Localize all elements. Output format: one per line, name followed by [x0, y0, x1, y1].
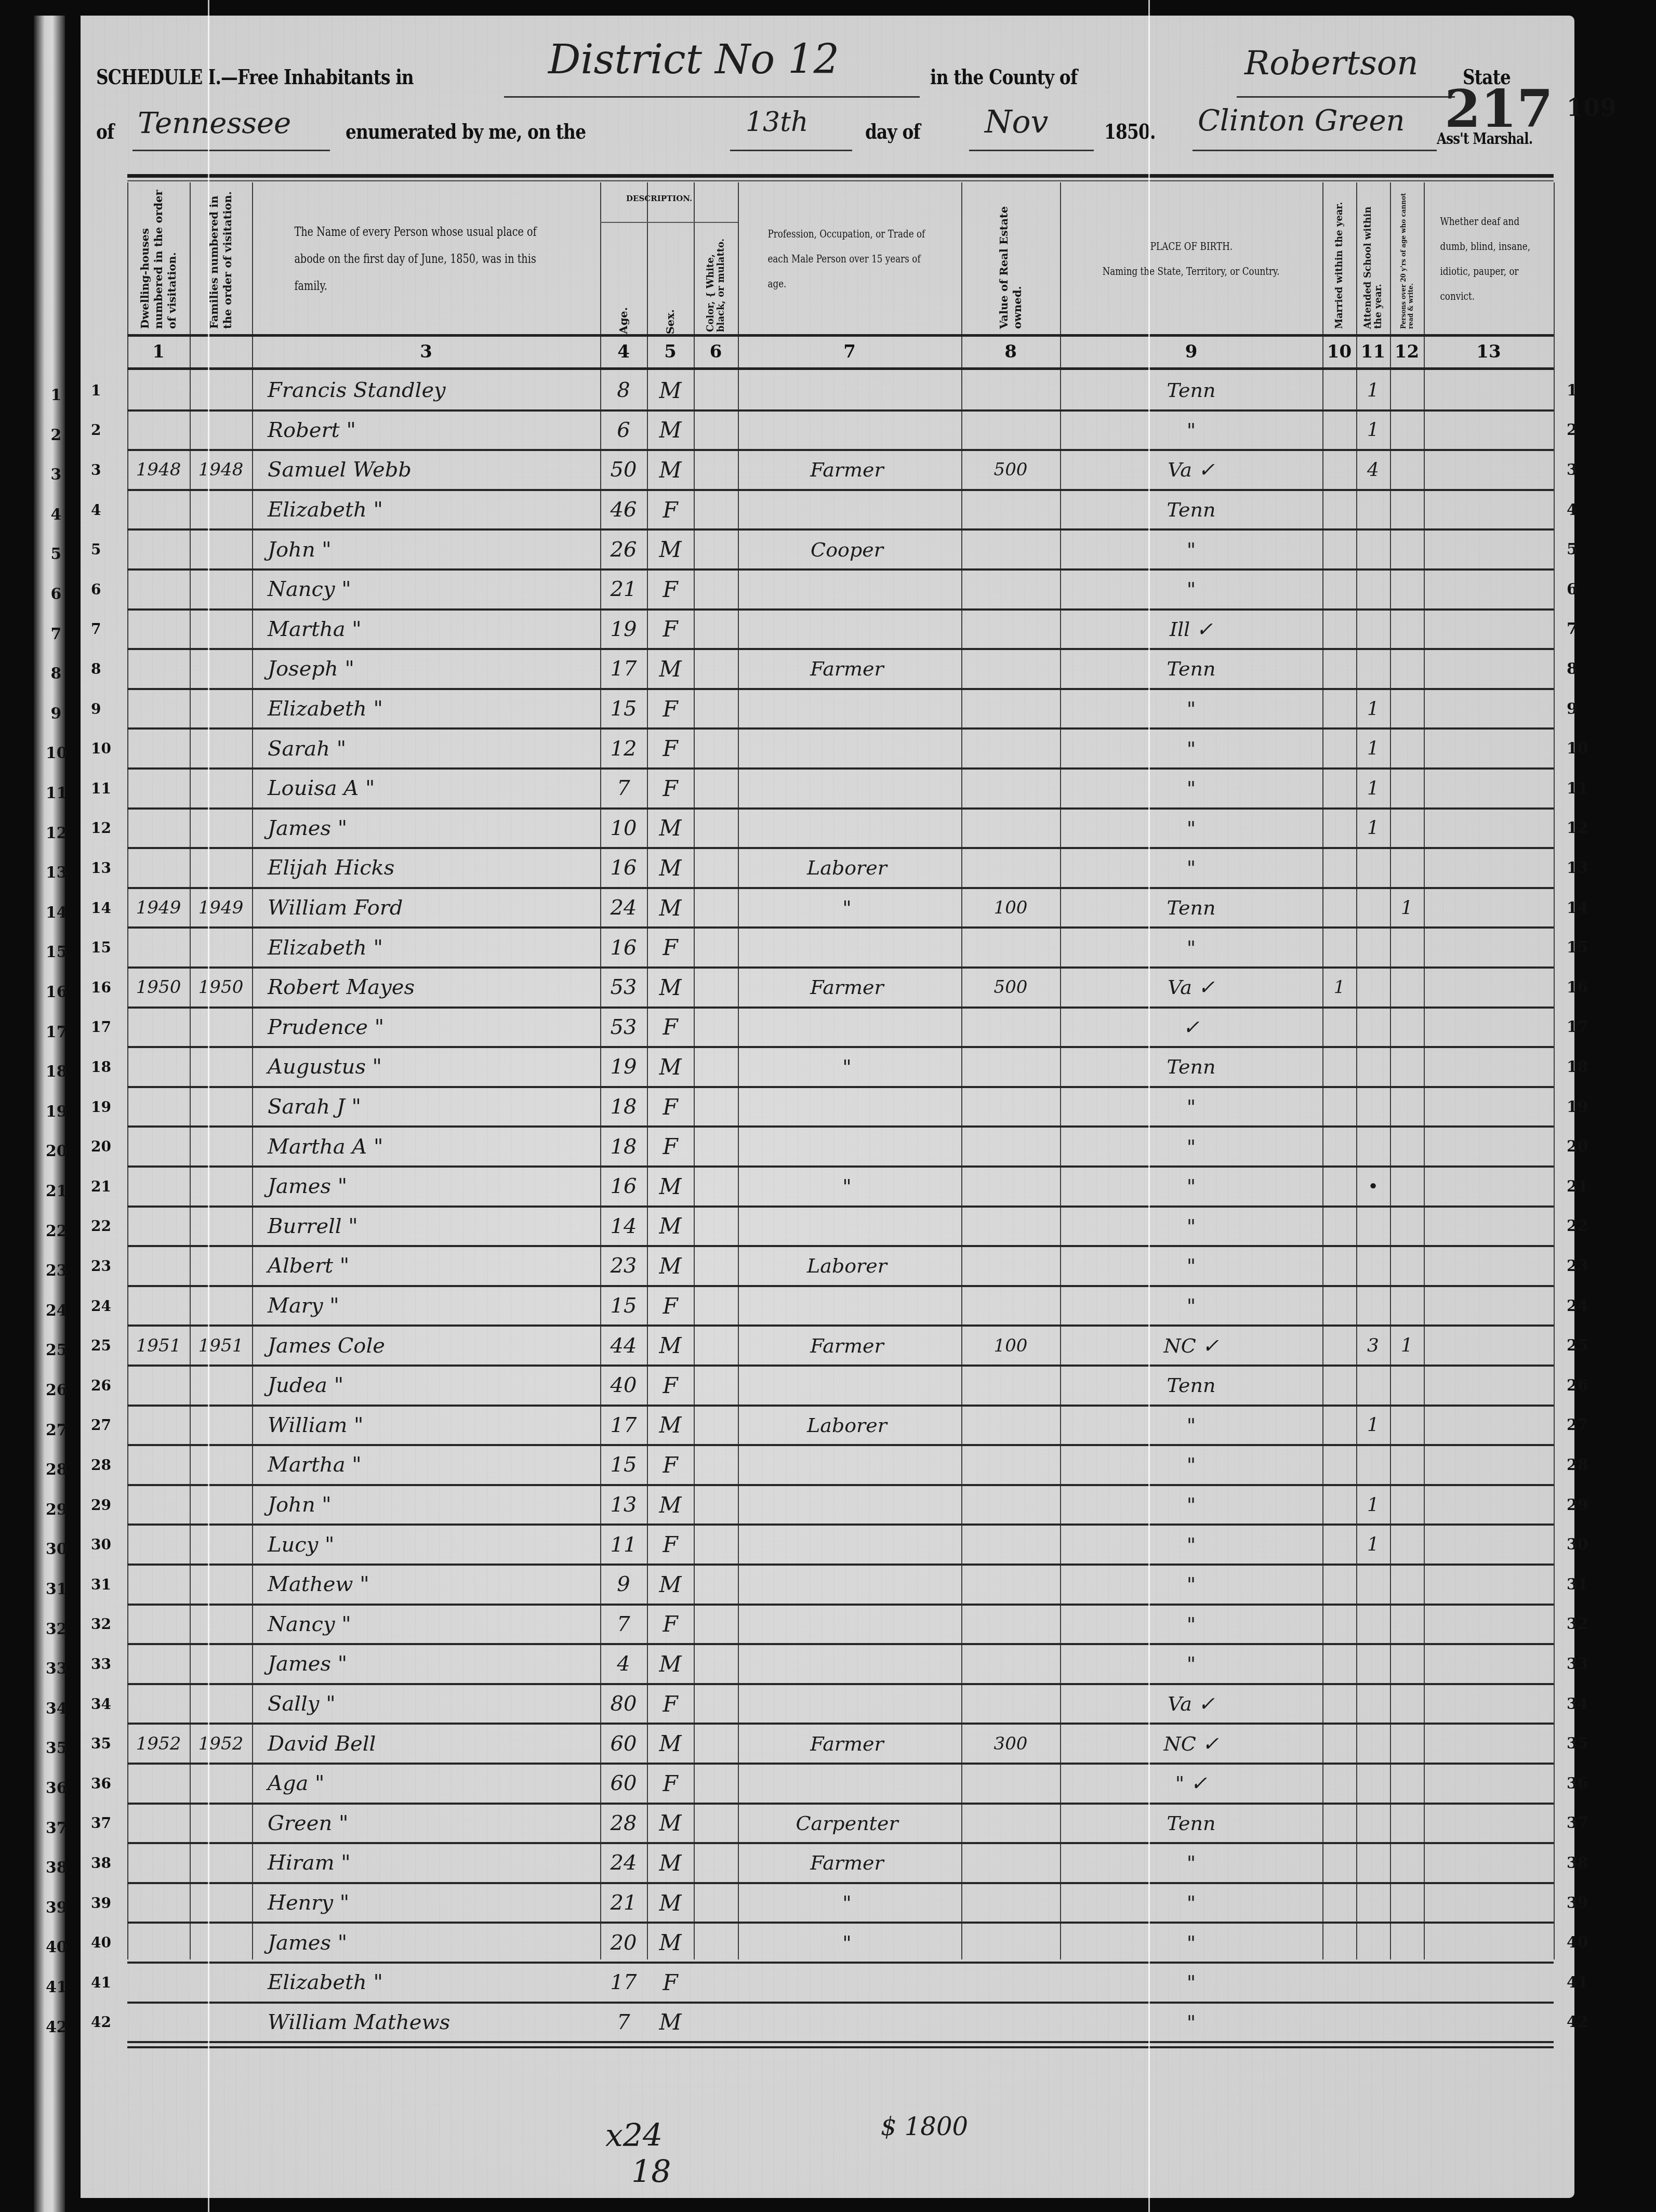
person-name-cell: Sarah J " [257, 1088, 611, 1126]
attended-school-cell [1356, 1924, 1390, 1962]
attended-school-cell: 1 [1356, 770, 1390, 807]
table-row: Martha A "18F"2020 [127, 1128, 1554, 1168]
married-within-year-cell [1322, 770, 1356, 807]
dwelling-number-cell [127, 690, 190, 728]
deaf-blind-status-cell [1424, 889, 1554, 927]
color-cell [694, 451, 738, 489]
col-number-7: 7 [738, 341, 961, 362]
deaf-blind-status-cell [1424, 1685, 1554, 1723]
table-row: John "26MCooper"55 [127, 531, 1554, 571]
color-cell [694, 611, 738, 648]
row-number-right: 39 [1567, 1884, 1588, 1922]
dwelling-number-cell [127, 412, 190, 449]
cannot-read-write-cell [1390, 451, 1424, 489]
person-name-cell: Elizabeth " [257, 690, 611, 728]
family-number-cell [190, 650, 252, 688]
married-within-year-cell [1322, 889, 1356, 927]
birthplace-cell: " [1060, 1645, 1322, 1683]
real-estate-value-cell [961, 1685, 1060, 1723]
real-estate-value-cell [961, 730, 1060, 767]
family-number-cell [190, 1765, 252, 1803]
age-cell: 9 [600, 1566, 647, 1604]
row-number-left: 19 [91, 1088, 111, 1126]
family-number-cell: 1951 [190, 1327, 252, 1365]
row-number-left: 22 [91, 1208, 111, 1246]
real-estate-value-cell: 100 [961, 1327, 1060, 1365]
row-number-left: 29 [91, 1486, 111, 1524]
attended-school-cell: 3 [1356, 1327, 1390, 1365]
dwelling-number-cell [127, 770, 190, 807]
deaf-blind-status-cell [1424, 650, 1554, 688]
person-name-cell: Martha " [257, 1446, 611, 1484]
cannot-read-write-cell [1390, 1367, 1424, 1405]
color-cell [694, 1526, 738, 1564]
dwelling-number-cell [127, 611, 190, 648]
table-row: Albert "23MLaborer"2323 [127, 1247, 1554, 1287]
dwelling-number-cell [127, 1048, 190, 1086]
family-number-cell [190, 1606, 252, 1644]
row-number-right: 29 [1567, 1486, 1588, 1524]
margin-row-number: 11 [46, 784, 67, 802]
day-of-label-wrap: day of [865, 120, 932, 144]
table-row: 19521952David Bell60MFarmer300NC ✓3535 [127, 1725, 1554, 1765]
year-label-wrap: 1850. [1104, 120, 1167, 144]
dwelling-number-cell [127, 1407, 190, 1445]
color-cell [694, 1287, 738, 1325]
sex-cell: M [647, 1486, 694, 1524]
row-number-left: 31 [91, 1566, 111, 1604]
row-number-right: 41 [1567, 1964, 1588, 2002]
sex-cell: M [647, 1844, 694, 1882]
dwelling-number-cell [127, 1884, 190, 1922]
margin-row-number: 30 [46, 1540, 67, 1558]
age-cell: 12 [600, 730, 647, 767]
age-cell: 20 [600, 1924, 647, 1962]
dwelling-number-cell [127, 1247, 190, 1285]
row-number-right: 20 [1567, 1128, 1588, 1165]
sex-cell: F [647, 770, 694, 807]
table-row: Mary "15F"2424 [127, 1287, 1554, 1327]
row-number-right: 38 [1567, 1844, 1588, 1882]
attended-school-cell: 1 [1356, 1486, 1390, 1524]
birthplace-cell: Tenn [1060, 1805, 1322, 1843]
sex-cell: M [647, 531, 694, 568]
cannot-read-write-cell [1390, 1287, 1424, 1325]
cannot-read-write-cell: 1 [1390, 1327, 1424, 1365]
person-name-cell: Albert " [257, 1247, 611, 1285]
margin-row-number: 5 [46, 545, 67, 563]
table-row: Judea "40FTenn2626 [127, 1367, 1554, 1407]
family-number-cell [190, 1844, 252, 1882]
age-cell: 15 [600, 690, 647, 728]
day-blank [730, 150, 852, 151]
dwelling-number-cell [127, 1208, 190, 1246]
occupation-cell: Farmer [738, 1327, 956, 1365]
dwelling-number-cell [127, 1168, 190, 1206]
occupation-cell: Carpenter [738, 1805, 956, 1843]
real-estate-value-cell [961, 1884, 1060, 1922]
family-number-cell [190, 1446, 252, 1484]
sex-cell: M [647, 1924, 694, 1962]
age-cell: 17 [600, 1964, 647, 2002]
birthplace-cell: " [1060, 1128, 1322, 1165]
attended-school-cell [1356, 1367, 1390, 1405]
married-within-year-cell [1322, 849, 1356, 887]
real-estate-value-cell [961, 1128, 1060, 1165]
of-label-wrap: of [96, 120, 118, 144]
age-cell: 28 [600, 1805, 647, 1843]
family-number-cell [190, 571, 252, 608]
occupation-cell: Farmer [738, 969, 956, 1006]
age-cell: 24 [600, 889, 647, 927]
row-number-right: 15 [1567, 929, 1588, 966]
occupation-cell [738, 372, 956, 409]
cannot-read-write-cell [1390, 1128, 1424, 1165]
birthplace-title: PLACE OF BIRTH. [1143, 234, 1240, 259]
margin-row-number: 32 [46, 1620, 67, 1638]
attended-school-cell: • [1356, 1168, 1390, 1206]
cannot-read-write-cell [1390, 2004, 1424, 2042]
margin-row-number: 6 [46, 585, 67, 603]
row-number-left: 2 [91, 412, 101, 449]
table-row: Louisa A "7F"11111 [127, 770, 1554, 810]
cannot-read-write-cell: 1 [1390, 889, 1424, 927]
table-row: Elizabeth "17F"4141 [127, 1964, 1554, 2004]
deaf-blind-status-cell [1424, 1924, 1554, 1962]
occupation-cell: " [738, 1924, 956, 1962]
married-within-year-cell [1322, 1048, 1356, 1086]
sex-cell: M [647, 412, 694, 449]
color-cell [694, 810, 738, 847]
dwelling-number-cell [127, 1446, 190, 1484]
birthplace-cell: " [1060, 1526, 1322, 1564]
margin-row-number: 34 [46, 1700, 67, 1718]
deaf-blind-status-cell [1424, 1247, 1554, 1285]
dwelling-number-cell [127, 1367, 190, 1405]
handwritten-page-number: 217 [1445, 78, 1553, 139]
deaf-blind-status-cell [1424, 491, 1554, 529]
col-number-5: 5 [647, 341, 694, 362]
color-cell [694, 929, 738, 966]
person-name-cell: Martha " [257, 611, 611, 648]
married-within-year-cell [1322, 1606, 1356, 1644]
row-number-right: 24 [1567, 1287, 1588, 1325]
margin-row-number: 25 [46, 1341, 67, 1359]
header-married: Married within the year. [1322, 183, 1356, 334]
cannot-read-write-cell [1390, 1446, 1424, 1484]
age-cell: 26 [600, 531, 647, 568]
header-family: Families numbered in the order of visita… [190, 183, 252, 334]
family-number-cell [190, 1645, 252, 1683]
header-number-rule [127, 334, 1554, 337]
birthplace-cell: Tenn [1060, 1367, 1322, 1405]
row-number-left: 33 [91, 1645, 111, 1683]
person-name-cell: John " [257, 1486, 611, 1524]
person-name-cell: James " [257, 1645, 611, 1683]
margin-row-number: 12 [46, 824, 67, 842]
person-name-cell: William " [257, 1407, 611, 1445]
occupation-cell: Laborer [738, 1407, 956, 1445]
sex-cell: F [647, 1009, 694, 1047]
married-within-year-cell [1322, 1088, 1356, 1126]
dwelling-number-cell [127, 1009, 190, 1047]
dwelling-number-cell [127, 491, 190, 529]
margin-row-number: 3 [46, 466, 67, 484]
family-number-cell [190, 1486, 252, 1524]
attended-school-cell [1356, 1088, 1390, 1126]
married-within-year-cell [1322, 1009, 1356, 1047]
row-number-right: 18 [1567, 1048, 1588, 1086]
row-number-right: 33 [1567, 1645, 1588, 1683]
person-name-cell: Elijah Hicks [257, 849, 611, 887]
state-blank [133, 150, 330, 151]
sex-cell: F [647, 1088, 694, 1126]
row-number-left: 30 [91, 1526, 111, 1564]
header-cannot-read: Persons over 20 y'rs of age who cannot r… [1390, 183, 1424, 334]
attended-school-cell [1356, 1645, 1390, 1683]
row-number-right: 8 [1567, 650, 1578, 688]
age-cell: 21 [600, 571, 647, 608]
married-within-year-cell [1322, 372, 1356, 409]
deaf-blind-status-cell [1424, 451, 1554, 489]
cannot-read-write-cell [1390, 1407, 1424, 1445]
table-row: Aga "60F" ✓3636 [127, 1765, 1554, 1805]
age-cell: 17 [600, 1407, 647, 1445]
person-name-cell: James " [257, 810, 611, 847]
person-name-cell: Hiram " [257, 1844, 611, 1882]
cannot-read-write-cell [1390, 969, 1424, 1006]
real-estate-value-cell [961, 1924, 1060, 1962]
dwelling-number-cell [127, 1924, 190, 1962]
row-number-right: 2 [1567, 412, 1578, 449]
occupation-cell: Farmer [738, 1844, 956, 1882]
family-number-cell [190, 1208, 252, 1246]
cannot-read-write-cell [1390, 1208, 1424, 1246]
enumerated-label-wrap: enumerated by me, on the [346, 120, 639, 144]
attended-school-cell: 1 [1356, 690, 1390, 728]
family-number-cell [190, 1805, 252, 1843]
table-row: Elizabeth "15F"199 [127, 690, 1554, 730]
margin-row-number: 31 [46, 1580, 67, 1598]
header-birthplace: PLACE OF BIRTH. Naming the State, Territ… [1060, 183, 1322, 334]
occupation-cell [738, 1526, 956, 1564]
cannot-read-write-cell [1390, 1805, 1424, 1843]
married-within-year-cell [1322, 2004, 1356, 2042]
dwelling-number-cell: 1950 [127, 969, 190, 1006]
dwelling-number-cell [127, 1287, 190, 1325]
sex-cell: M [647, 451, 694, 489]
sex-cell: M [647, 1048, 694, 1086]
dwelling-number-cell [127, 1645, 190, 1683]
margin-row-number: 29 [46, 1501, 67, 1519]
day-of-label: day of [865, 120, 920, 144]
printed-page-number: 109 [1567, 94, 1617, 122]
color-cell [694, 969, 738, 1006]
table-row: Nancy "7F"3232 [127, 1606, 1554, 1646]
person-name-cell: William Mathews [257, 2004, 611, 2042]
color-cell [694, 1645, 738, 1683]
row-number-right: 32 [1567, 1606, 1588, 1644]
margin-row-number: 42 [46, 2018, 67, 2036]
birthplace-cell: " [1060, 1088, 1322, 1126]
birthplace-cell: Va ✓ [1060, 969, 1322, 1006]
col-number-6: 6 [694, 341, 738, 362]
margin-row-number: 4 [46, 506, 67, 524]
header-dwelling: Dwelling-houses numbered in the order of… [127, 183, 190, 334]
person-name-cell: James " [257, 1168, 611, 1206]
person-name-cell: Louisa A " [257, 770, 611, 807]
age-cell: 15 [600, 1446, 647, 1484]
dwelling-number-cell [127, 1566, 190, 1604]
married-within-year-cell [1322, 1964, 1356, 2002]
person-name-cell: Mary " [257, 1287, 611, 1325]
attended-school-cell [1356, 1725, 1390, 1763]
row-number-right: 1 [1567, 372, 1578, 409]
row-number-left: 23 [91, 1247, 111, 1285]
dwelling-number-cell [127, 1486, 190, 1524]
row-number-right: 13 [1567, 849, 1588, 887]
dwelling-number-cell [127, 929, 190, 966]
deaf-blind-status-cell [1424, 1446, 1554, 1484]
cannot-read-write-cell [1390, 1645, 1424, 1683]
family-number-cell [190, 611, 252, 648]
family-number-cell: 1950 [190, 969, 252, 1006]
occupation-cell: " [738, 1048, 956, 1086]
color-cell [694, 1725, 738, 1763]
district-value: District No 12 [548, 36, 839, 83]
age-cell: 10 [600, 810, 647, 847]
real-estate-value-cell [961, 1048, 1060, 1086]
occupation-cell [738, 1128, 956, 1165]
deaf-blind-status-cell [1424, 1287, 1554, 1325]
row-number-left: 21 [91, 1168, 111, 1206]
person-name-cell: David Bell [257, 1725, 611, 1763]
age-cell: 60 [600, 1725, 647, 1763]
occupation-cell [738, 1606, 956, 1644]
occupation-cell [738, 1486, 956, 1524]
married-within-year-cell [1322, 650, 1356, 688]
row-number-right: 26 [1567, 1367, 1588, 1405]
cannot-read-write-cell [1390, 1606, 1424, 1644]
birthplace-cell: " [1060, 1446, 1322, 1484]
occupation-cell [738, 1446, 956, 1484]
attended-school-cell: 1 [1356, 810, 1390, 847]
real-estate-value-cell [961, 1168, 1060, 1206]
deaf-blind-status-cell [1424, 1566, 1554, 1604]
row-number-right: 21 [1567, 1168, 1588, 1206]
birthplace-subtitle: Naming the State, Territory, or Country. [1095, 259, 1288, 284]
cannot-read-write-cell [1390, 1247, 1424, 1285]
margin-row-number: 10 [46, 744, 67, 762]
person-name-cell: Green " [257, 1805, 611, 1843]
age-cell: 16 [600, 849, 647, 887]
age-cell: 16 [600, 929, 647, 966]
birthplace-cell: Ill ✓ [1060, 611, 1322, 648]
attended-school-cell [1356, 1446, 1390, 1484]
row-number-right: 11 [1567, 770, 1588, 807]
real-estate-value-cell [961, 929, 1060, 966]
age-cell: 19 [600, 1048, 647, 1086]
table-row: Augustus "19M"Tenn1818 [127, 1048, 1554, 1088]
family-number-cell [190, 531, 252, 568]
real-estate-value-cell [961, 1765, 1060, 1803]
real-estate-value-cell [961, 1287, 1060, 1325]
occupation-cell [738, 929, 956, 966]
row-number-right: 22 [1567, 1208, 1588, 1246]
year-label: 1850. [1104, 120, 1156, 144]
dwelling-number-cell [127, 1964, 190, 2002]
birthplace-cell: ✓ [1060, 1009, 1322, 1047]
attended-school-cell: 1 [1356, 1526, 1390, 1564]
dwelling-number-cell: 1952 [127, 1725, 190, 1763]
margin-row-number: 40 [46, 1938, 67, 1956]
age-cell: 46 [600, 491, 647, 529]
margin-row-number: 9 [46, 705, 67, 723]
attended-school-cell [1356, 650, 1390, 688]
margin-row-number: 7 [46, 625, 67, 643]
col-number-4: 4 [600, 341, 647, 362]
sex-cell: M [647, 1247, 694, 1285]
deaf-blind-status-cell [1424, 1645, 1554, 1683]
sex-cell: M [647, 1805, 694, 1843]
real-estate-value-cell: 300 [961, 1725, 1060, 1763]
occupation-cell [738, 1088, 956, 1126]
row-number-right: 6 [1567, 571, 1578, 608]
color-cell [694, 1009, 738, 1047]
deaf-blind-status-cell [1424, 1486, 1554, 1524]
sex-cell: F [647, 690, 694, 728]
birthplace-cell: " [1060, 1287, 1322, 1325]
family-number-cell [190, 372, 252, 409]
dwelling-number-cell [127, 1685, 190, 1723]
description-rule [600, 222, 738, 223]
married-within-year-cell [1322, 1884, 1356, 1922]
real-estate-value-cell [961, 1446, 1060, 1484]
sex-cell: M [647, 969, 694, 1006]
person-name-cell: William Ford [257, 889, 611, 927]
table-row: Martha "15F"2828 [127, 1446, 1554, 1486]
person-name-cell: Sarah " [257, 730, 611, 767]
real-estate-value-cell [961, 531, 1060, 568]
attended-school-cell [1356, 849, 1390, 887]
header-age: Age. [600, 226, 647, 334]
color-cell [694, 889, 738, 927]
attended-school-cell [1356, 1844, 1390, 1882]
real-estate-value-cell [961, 1526, 1060, 1564]
deaf-blind-status-cell [1424, 1088, 1554, 1126]
married-within-year-cell [1322, 929, 1356, 966]
real-estate-value-cell: 100 [961, 889, 1060, 927]
sex-cell: F [647, 1526, 694, 1564]
header-sex: Sex. [647, 226, 694, 334]
col-number-13: 13 [1424, 341, 1554, 362]
state-value: Tennessee [138, 107, 291, 140]
attended-school-cell [1356, 929, 1390, 966]
color-cell [694, 1844, 738, 1882]
sex-cell: M [647, 810, 694, 847]
deaf-blind-status-cell [1424, 810, 1554, 847]
real-estate-value-cell [961, 1645, 1060, 1683]
cannot-read-write-cell [1390, 849, 1424, 887]
cannot-read-write-cell [1390, 491, 1424, 529]
scan-artifact [208, 0, 209, 2212]
col-number-11: 11 [1356, 341, 1390, 362]
family-number-cell [190, 810, 252, 847]
dwelling-number-cell [127, 1606, 190, 1644]
age-cell: 7 [600, 2004, 647, 2042]
deaf-blind-status-cell [1424, 929, 1554, 966]
row-number-right: 19 [1567, 1088, 1588, 1126]
